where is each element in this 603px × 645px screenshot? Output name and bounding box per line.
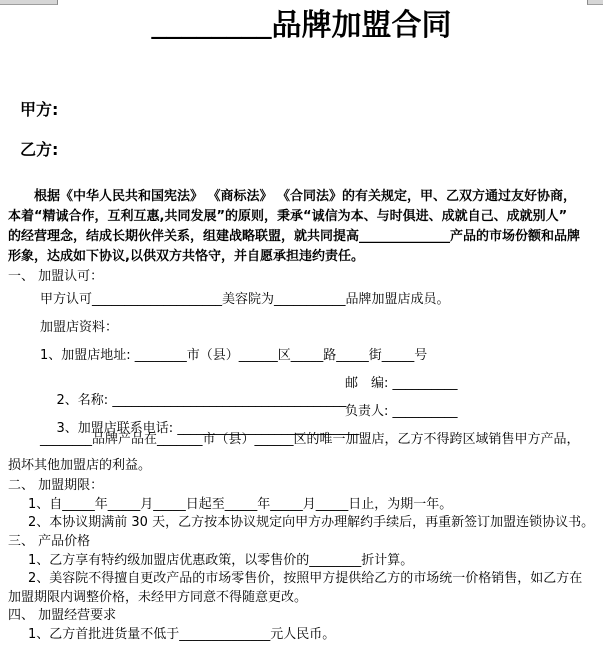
intro-line-2: 本着“精诚合作，互利互惠,共同发展”的原则，秉承“诚信为本、与时俱进、成就自己、…	[8, 208, 567, 225]
postcode-field: 邮 编: __________	[345, 375, 458, 392]
section-3-item-2-line-2: 加盟期限内调整价格，未经甲方同意不得随意更改。	[8, 589, 307, 606]
section-1-heading: 一、 加盟认可：	[8, 268, 103, 285]
territory-line-1: ________品牌产品在_______市（县）______区的唯一加盟店，乙方…	[40, 431, 580, 448]
party-a-label: 甲方:	[20, 100, 58, 120]
contract-document-page: ________品牌加盟合同 甲方: 乙方: 根据《中华人民共和国宪法》 《商标…	[0, 0, 603, 645]
section-3-heading: 三、 产品价格	[8, 533, 90, 550]
document-title: ________品牌加盟合同	[0, 6, 603, 46]
section-3-item-1: 1、乙方享有特约级加盟店优惠政策，以零售价的________折计算。	[28, 552, 413, 569]
store-address-line: 1、加盟店地址: ________市（县）______区_____路_____街…	[40, 347, 427, 364]
party-b-label: 乙方:	[20, 140, 58, 160]
section-4-item-1: 1、乙方首批进货量不低于______________元人民币。	[28, 626, 335, 643]
ruler-fragment-left	[0, 0, 58, 5]
store-info-label: 加盟店资料：	[40, 319, 118, 336]
intro-line-4: 形象，达成如下协议,以供双方共恪守，并自愿承担违约责任。	[8, 248, 364, 265]
section-2-item-2: 2、本协议期满前 30 天，乙方按本协议规定向甲方办理解约手续后，再重新签订加盟…	[28, 514, 594, 531]
recognition-line: 甲方认可____________________美容院为___________品…	[40, 291, 450, 308]
section-3-item-2-line-1: 2、美容院不得擅自更改产品的市场零售价，按照甲方提供给乙方的市场统一价格销售，如…	[28, 570, 582, 587]
section-4-heading: 四、 加盟经营要求	[8, 607, 116, 624]
manager-field: 负责人: __________	[345, 403, 458, 420]
section-2-item-1: 1、自_____年_____月_____日起至_____年_____月_____…	[28, 496, 452, 513]
territory-line-2: 损坏其他加盟店的利益。	[8, 457, 151, 474]
intro-line-1: 根据《中华人民共和国宪法》 《商标法》 《合同法》的有关规定，甲、乙双方通过友好…	[34, 188, 576, 205]
section-2-heading: 二、 加盟期限：	[8, 477, 103, 494]
ruler-fragment-right	[587, 0, 603, 5]
intro-line-3: 的经营理念，结成长期伙伴关系，组建战略联盟，就共同提高_____________…	[8, 228, 580, 245]
